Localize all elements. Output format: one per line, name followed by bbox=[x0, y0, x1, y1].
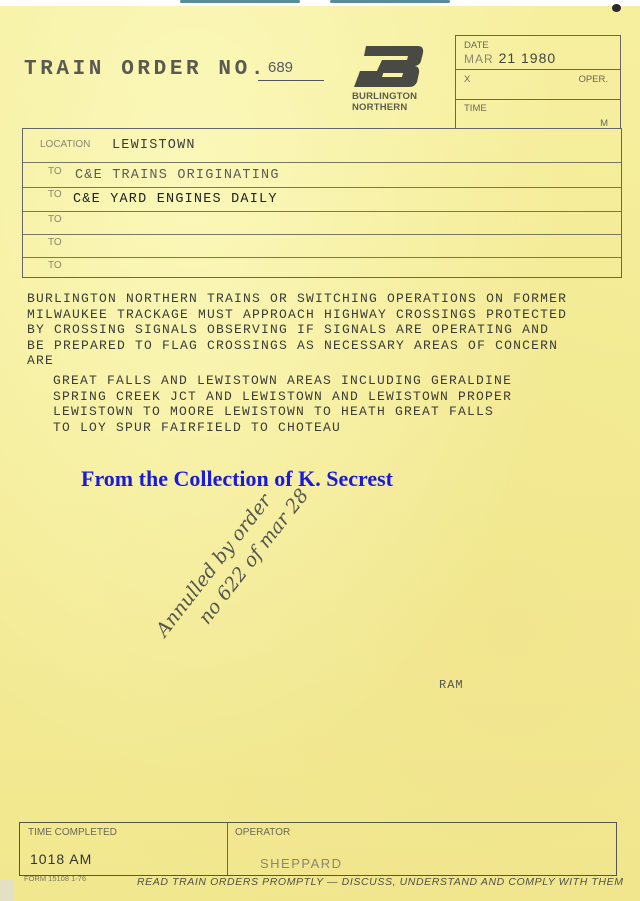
oper-label: OPER. bbox=[578, 74, 608, 85]
form-number: FORM 15108 1-76 bbox=[24, 874, 86, 883]
top-edge bbox=[0, 0, 640, 6]
divider bbox=[23, 234, 621, 235]
operator-value: SHEPPARD bbox=[260, 856, 343, 871]
divider bbox=[23, 162, 621, 163]
divider bbox=[227, 823, 228, 875]
order-number: 689 bbox=[268, 59, 293, 76]
ink-mark bbox=[330, 0, 450, 3]
collection-watermark: From the Collection of K. Secrest bbox=[81, 466, 393, 492]
initials: RAM bbox=[439, 678, 464, 692]
divider bbox=[23, 187, 621, 188]
to-label: TO bbox=[48, 237, 62, 248]
operator-label: OPERATOR bbox=[235, 827, 290, 838]
to-label: TO bbox=[48, 214, 62, 225]
folded-corner bbox=[0, 880, 14, 901]
to-label: TO bbox=[48, 189, 62, 200]
order-areas: GREAT FALLS AND LEWISTOWN AREAS INCLUDIN… bbox=[53, 373, 512, 435]
x-label: X bbox=[464, 74, 470, 85]
ink-mark bbox=[180, 0, 300, 3]
burlington-northern-logo-icon bbox=[352, 44, 424, 88]
time-label: TIME bbox=[464, 103, 487, 114]
date-time-box: DATE MAR 21 1980 X OPER. TIME M bbox=[455, 35, 621, 129]
location-label: LOCATION bbox=[40, 139, 90, 150]
completion-box: TIME COMPLETED 1018 AM OPERATOR SHEPPARD bbox=[19, 822, 617, 876]
footer-instruction: READ TRAIN ORDERS PROMPTLY — DISCUSS, UN… bbox=[137, 876, 624, 888]
time-completed-value: 1018 AM bbox=[30, 851, 92, 867]
railroad-logo: BURLINGTON NORTHERN bbox=[352, 44, 426, 113]
divider bbox=[456, 99, 620, 100]
order-number-field: 689 bbox=[258, 58, 324, 81]
address-block: LOCATION LEWISTOWN TO C&E TRAINS ORIGINA… bbox=[22, 128, 622, 278]
time-completed-label: TIME COMPLETED bbox=[28, 827, 117, 838]
to-label: TO bbox=[48, 166, 62, 177]
to-label: TO bbox=[48, 260, 62, 271]
order-text: BURLINGTON NORTHERN TRAINS OR SWITCHING … bbox=[27, 291, 567, 369]
to-value: C&E TRAINS ORIGINATING bbox=[75, 168, 280, 183]
location-value: LEWISTOWN bbox=[112, 138, 196, 153]
to-value: C&E YARD ENGINES DAILY bbox=[73, 192, 278, 207]
divider bbox=[456, 69, 620, 70]
date-value: MAR 21 1980 bbox=[464, 50, 556, 66]
railroad-name: BURLINGTON NORTHERN bbox=[352, 91, 426, 113]
form-title: TRAIN ORDER NO. bbox=[24, 58, 267, 81]
divider bbox=[23, 257, 621, 258]
divider bbox=[23, 211, 621, 212]
punch-hole bbox=[612, 4, 621, 12]
